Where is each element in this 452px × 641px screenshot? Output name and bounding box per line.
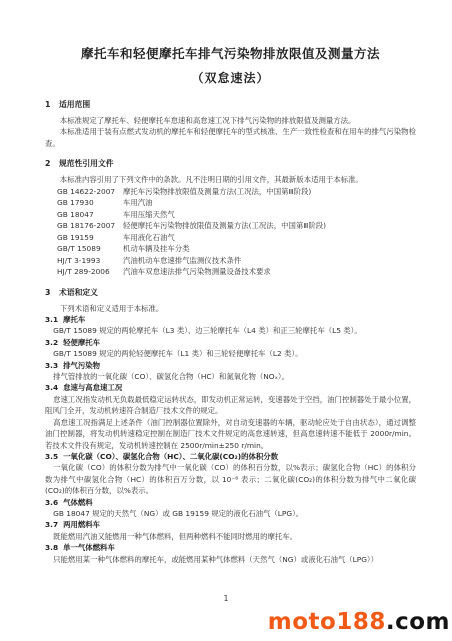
reference-title: 摩托车污染物排放限值及测量方法(工况法，中国第Ⅲ阶段) bbox=[123, 186, 416, 198]
reference-row: GB 19159车用液化石油气 bbox=[45, 232, 416, 244]
paragraph: 高怠速工况指满足上述条件（油门控制器位置除外，对自动变速器的车辆，驱动轮应处于自… bbox=[45, 417, 416, 451]
section-heading: 3术语和定义 bbox=[45, 287, 416, 298]
section-number: 3.8 bbox=[45, 543, 58, 552]
section-number: 3 bbox=[45, 287, 59, 298]
reference-title: 机动车辆及挂车分类 bbox=[123, 243, 416, 255]
section-heading: 3.4怠速与高怠速工况 bbox=[45, 382, 416, 393]
reference-row: HJ/T 289-2006汽油车双怠速法排气污染物测量设备技术要求 bbox=[45, 266, 416, 278]
paragraph: 本标准内容引用了下列文件中的条款。凡不注明日期的引用文件，其最新版本适用于本标准… bbox=[45, 174, 416, 185]
document-title: 摩托车和轻便摩托车排气污染物排放限值及测量方法 bbox=[45, 46, 416, 62]
section-heading: 1适用范围 bbox=[45, 99, 416, 110]
section-title: 怠速与高怠速工况 bbox=[63, 383, 122, 392]
page-number: 1 bbox=[0, 594, 452, 603]
reference-code: HJ/T 3-1993 bbox=[57, 255, 123, 267]
paragraph: 本标准适用于装有点燃式发动机的摩托车和轻便摩托车的型式核准、生产一致性检查和在用… bbox=[45, 126, 416, 149]
section-title: 摩托车 bbox=[63, 315, 85, 324]
reference-row: HJ/T 3-1993汽油机动车怠速排气监测仪技术条件 bbox=[45, 255, 416, 267]
section-number: 3.1 bbox=[45, 315, 58, 324]
paragraph: 既能燃用汽油又能燃用一种气体燃料，但两种燃料不能同时燃用的摩托车。 bbox=[45, 531, 416, 542]
section-title: 单一气体燃料车 bbox=[63, 543, 115, 552]
section-number: 1 bbox=[45, 99, 59, 110]
section-title: 排气污染物 bbox=[63, 361, 100, 370]
section-number: 3.3 bbox=[45, 361, 58, 370]
section-heading: 3.8单一气体燃料车 bbox=[45, 542, 416, 553]
watermark-suffix: .com bbox=[386, 609, 450, 635]
section-heading: 3.7两用燃料车 bbox=[45, 519, 416, 530]
paragraph: 排气管排放的一氧化碳（CO）、碳氢化合物（HC）和氮氧化物（NOₓ）。 bbox=[45, 371, 416, 382]
reference-title: 车用压缩天然气 bbox=[123, 209, 416, 221]
section-number: 3.2 bbox=[45, 338, 58, 347]
reference-code: GB 17930 bbox=[57, 197, 123, 209]
reference-title: 车用汽油 bbox=[123, 197, 416, 209]
section-heading: 3.5一氧化碳（CO）、碳氢化合物（HC）、二氧化碳(CO₂)的体积分数 bbox=[45, 451, 416, 462]
reference-row: GB/T 15089机动车辆及挂车分类 bbox=[45, 243, 416, 255]
section-title: 气体燃料 bbox=[63, 498, 93, 507]
section-number: 3.5 bbox=[45, 452, 58, 461]
reference-code: GB/T 15089 bbox=[57, 243, 123, 255]
reference-title: 汽油机动车怠速排气监测仪技术条件 bbox=[123, 255, 416, 267]
paragraph: 一氧化碳（CO）的体积分数为排气中一氧化碳（CO）的体积百分数，以%表示；碳氢化… bbox=[45, 462, 416, 496]
section-title: 适用范围 bbox=[59, 100, 90, 109]
section-number: 3.6 bbox=[45, 498, 58, 507]
section-title: 一氧化碳（CO）、碳氢化合物（HC）、二氧化碳(CO₂)的体积分数 bbox=[63, 452, 278, 461]
watermark-brand: moto188 bbox=[268, 609, 386, 635]
paragraph: 怠速工况指发动机无负载最低稳定运转状态，即发动机正常运转，变速器处于空挡，油门控… bbox=[45, 394, 416, 417]
reference-row: GB 18047车用压缩天然气 bbox=[45, 209, 416, 221]
section-title: 术语和定义 bbox=[59, 288, 98, 297]
reference-code: GB 19159 bbox=[57, 232, 123, 244]
paragraph: 只能燃用某一种气体燃料的摩托车，或能燃用某种气体燃料（天然气（NG）或液化石油气… bbox=[45, 554, 416, 565]
reference-code: GB 14622-2007 bbox=[57, 186, 123, 198]
document-subtitle: （双怠速法） bbox=[45, 71, 416, 86]
reference-row: GB 14622-2007摩托车污染物排放限值及测量方法(工况法，中国第Ⅲ阶段) bbox=[45, 186, 416, 198]
watermark: moto188.com bbox=[268, 609, 450, 635]
section-heading: 3.6气体燃料 bbox=[45, 497, 416, 508]
section-title: 规范性引用文件 bbox=[59, 159, 114, 168]
reference-row: GB 18176-2007轻便摩托车污染物排放限值及测量方法(工况法，中国第Ⅲ阶… bbox=[45, 220, 416, 232]
section-number: 2 bbox=[45, 158, 59, 169]
section-heading: 3.1摩托车 bbox=[45, 314, 416, 325]
section-heading: 3.2轻便摩托车 bbox=[45, 337, 416, 348]
document-body: 1适用范围本标准规定了摩托车、轻便摩托车怠速和高怠速工况下排气污染物的排放限值及… bbox=[45, 99, 416, 565]
document-page: 摩托车和轻便摩托车排气污染物排放限值及测量方法 （双怠速法） 1适用范围本标准规… bbox=[0, 0, 452, 641]
reference-title: 汽油车双怠速法排气污染物测量设备技术要求 bbox=[123, 266, 416, 278]
section-number: 3.7 bbox=[45, 520, 58, 529]
reference-title: 轻便摩托车污染物排放限值及测量方法(工况法，中国第Ⅲ阶段) bbox=[123, 220, 416, 232]
section-number: 3.4 bbox=[45, 383, 58, 392]
paragraph: GB/T 15089 规定的两轮摩托车（L3 类）、边三轮摩托车（L4 类）和正… bbox=[45, 325, 416, 336]
paragraph: GB 18047 规定的天然气（NG）或 GB 19159 规定的液化石油气（L… bbox=[45, 508, 416, 519]
reference-code: GB 18047 bbox=[57, 209, 123, 221]
reference-row: GB 17930车用汽油 bbox=[45, 197, 416, 209]
section-heading: 2规范性引用文件 bbox=[45, 158, 416, 169]
section-title: 轻便摩托车 bbox=[63, 338, 100, 347]
section-heading: 3.3排气污染物 bbox=[45, 360, 416, 371]
reference-code: GB 18176-2007 bbox=[57, 220, 123, 232]
document-content: 摩托车和轻便摩托车排气污染物排放限值及测量方法 （双怠速法） 1适用范围本标准规… bbox=[45, 46, 416, 565]
reference-code: HJ/T 289-2006 bbox=[57, 266, 123, 278]
paragraph: GB/T 15089 规定的两轮轻便摩托车（L1 类）和三轮轻便摩托车（L2 类… bbox=[45, 348, 416, 359]
paragraph: 本标准规定了摩托车、轻便摩托车怠速和高怠速工况下排气污染物的排放限值及测量方法。 bbox=[45, 115, 416, 126]
reference-title: 车用液化石油气 bbox=[123, 232, 416, 244]
paragraph: 下列术语和定义适用于本标准。 bbox=[45, 303, 416, 314]
section-title: 两用燃料车 bbox=[63, 520, 100, 529]
